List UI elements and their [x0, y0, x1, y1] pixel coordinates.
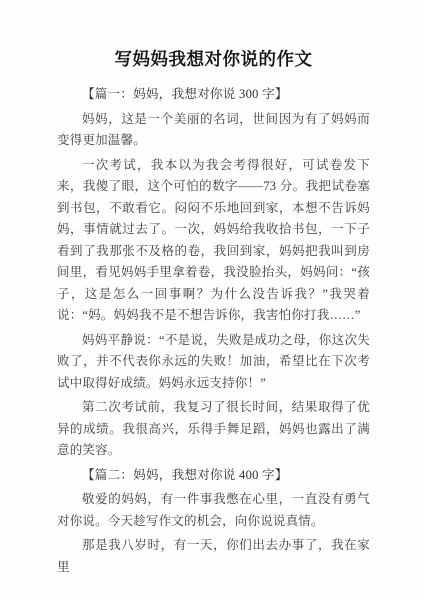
section-2-paragraph-2: 那是我八岁时，有一天，你们出去办事了，我在家里	[57, 535, 370, 578]
document-page: 写妈妈我想对你说的作文 【篇一：妈妈，我想对你说 300 字】 妈妈，这是一个美…	[0, 0, 424, 600]
section-1-paragraph-1: 妈妈，这是一个美丽的名词，世间因为有了妈妈而变得更加温馨。	[57, 109, 370, 152]
page-title: 写妈妈我想对你说的作文	[57, 46, 370, 72]
section-1-header: 【篇一：妈妈，我想对你说 300 字】	[57, 84, 370, 106]
section-1-paragraph-2: 一次考试，我本以为我会考得很好，可试卷发下来，我傻了眼，这个可怕的数字——73 …	[57, 155, 370, 327]
section-1-paragraph-4: 第二次考试前，我复习了很长时间，结果取得了优异的成绩。我很高兴，乐得手舞足蹈，妈…	[57, 397, 370, 462]
section-1-paragraph-3: 妈妈平静说：“不是说，失败是成功之母，你这次失败了，并不代表你永远的失败！加油，…	[57, 330, 370, 395]
section-2-paragraph-1: 敬爱的妈妈，有一件事我憋在心里，一直没有勇气对你说。今天趁写作文的机会，向你说说…	[57, 489, 370, 532]
section-2-header: 【篇二：妈妈，我想对你说 400 字】	[57, 465, 370, 487]
